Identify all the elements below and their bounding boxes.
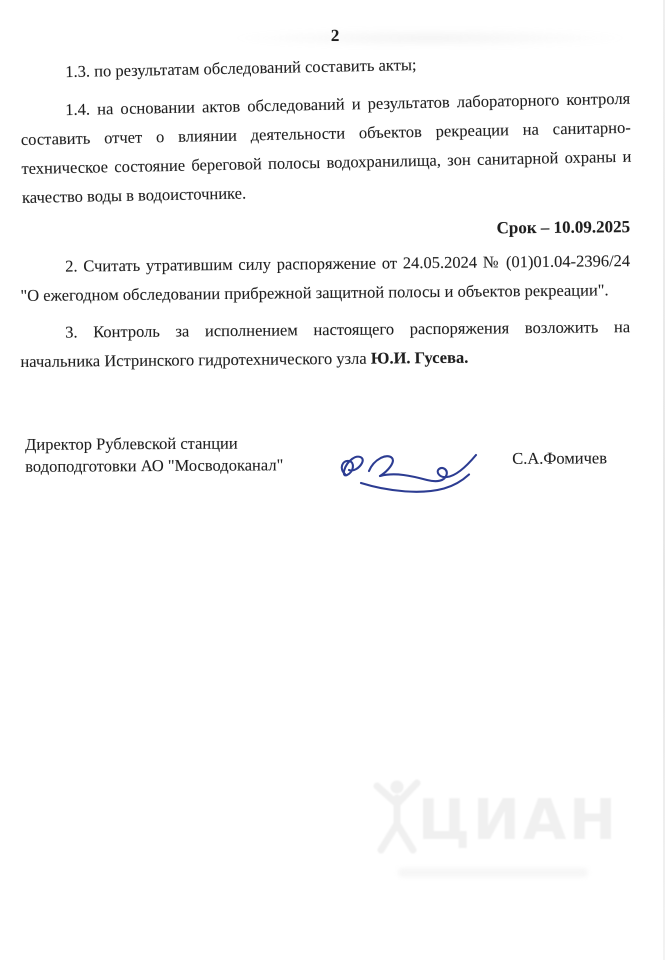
paragraph-1-3-line: 1.3. по результатам обследований состави… <box>20 46 630 87</box>
jumping-person-icon <box>370 778 424 862</box>
paragraph-2: 2. Считать утратившим силу распоряжение … <box>20 246 631 310</box>
cian-watermark-text: ЦИАН <box>418 788 619 853</box>
watermark-subtext-smudge <box>398 868 588 877</box>
signer-name: С.А.Фомичев <box>512 448 607 469</box>
paragraph-3-line1: 3. Контроль за исполнением настоящего ра… <box>20 312 630 347</box>
deadline-text: Срок – 10.09.2025 <box>20 212 630 247</box>
page-number: 2 <box>0 24 670 48</box>
paragraph-3-line2: начальника Истринского гидротехнического… <box>20 341 630 376</box>
paragraph-3-line2-text: начальника Истринского гидротехнического… <box>20 349 371 371</box>
signer-title: Директор Рублевской станции водоподготов… <box>25 432 283 478</box>
signer-title-line2: водоподготовки АО "Мосводоканал" <box>25 454 283 478</box>
cian-watermark: ЦИАН <box>370 778 610 873</box>
paragraph-1-3: 1.3. по результатам обследований состави… <box>20 46 630 87</box>
handwritten-signature <box>332 444 482 500</box>
page-edge-shadow <box>663 0 665 960</box>
paragraph-2-line2: "О ежегодном обследовании прибрежной защ… <box>20 275 630 310</box>
responsible-person-name: Ю.И. Гусева. <box>371 348 469 368</box>
document-page: 2 1.3. по результатам обследований соста… <box>0 0 670 960</box>
paragraph-1-4: 1.4. на основании актов обследований и р… <box>20 84 632 212</box>
signer-title-line1: Директор Рублевской станции <box>25 432 283 456</box>
paragraph-3: 3. Контроль за исполнением настоящего ра… <box>20 312 631 376</box>
